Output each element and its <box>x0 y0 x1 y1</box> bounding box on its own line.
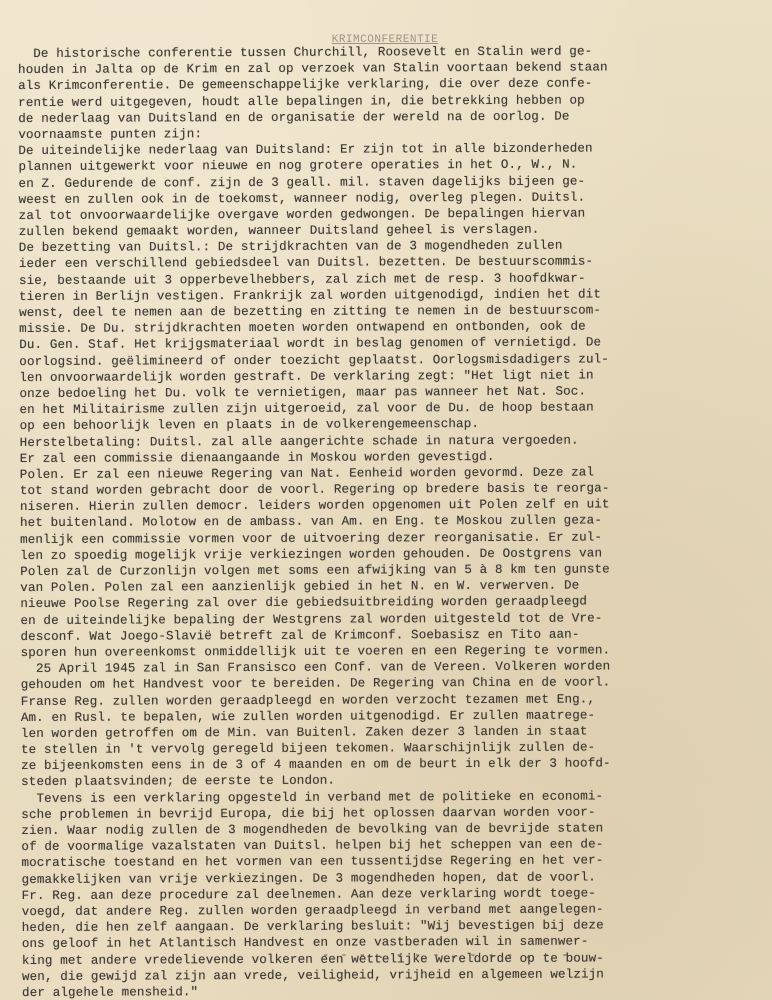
typewritten-page: KRIMCONFERENTIE De historische conferent… <box>0 0 772 1000</box>
closing-dashes: - - - . - - - . - - - . - - <box>322 948 570 962</box>
text-line: der algehele mensheid." <box>22 982 767 1000</box>
document-body: De historische conferentie tussen Church… <box>18 43 767 1000</box>
